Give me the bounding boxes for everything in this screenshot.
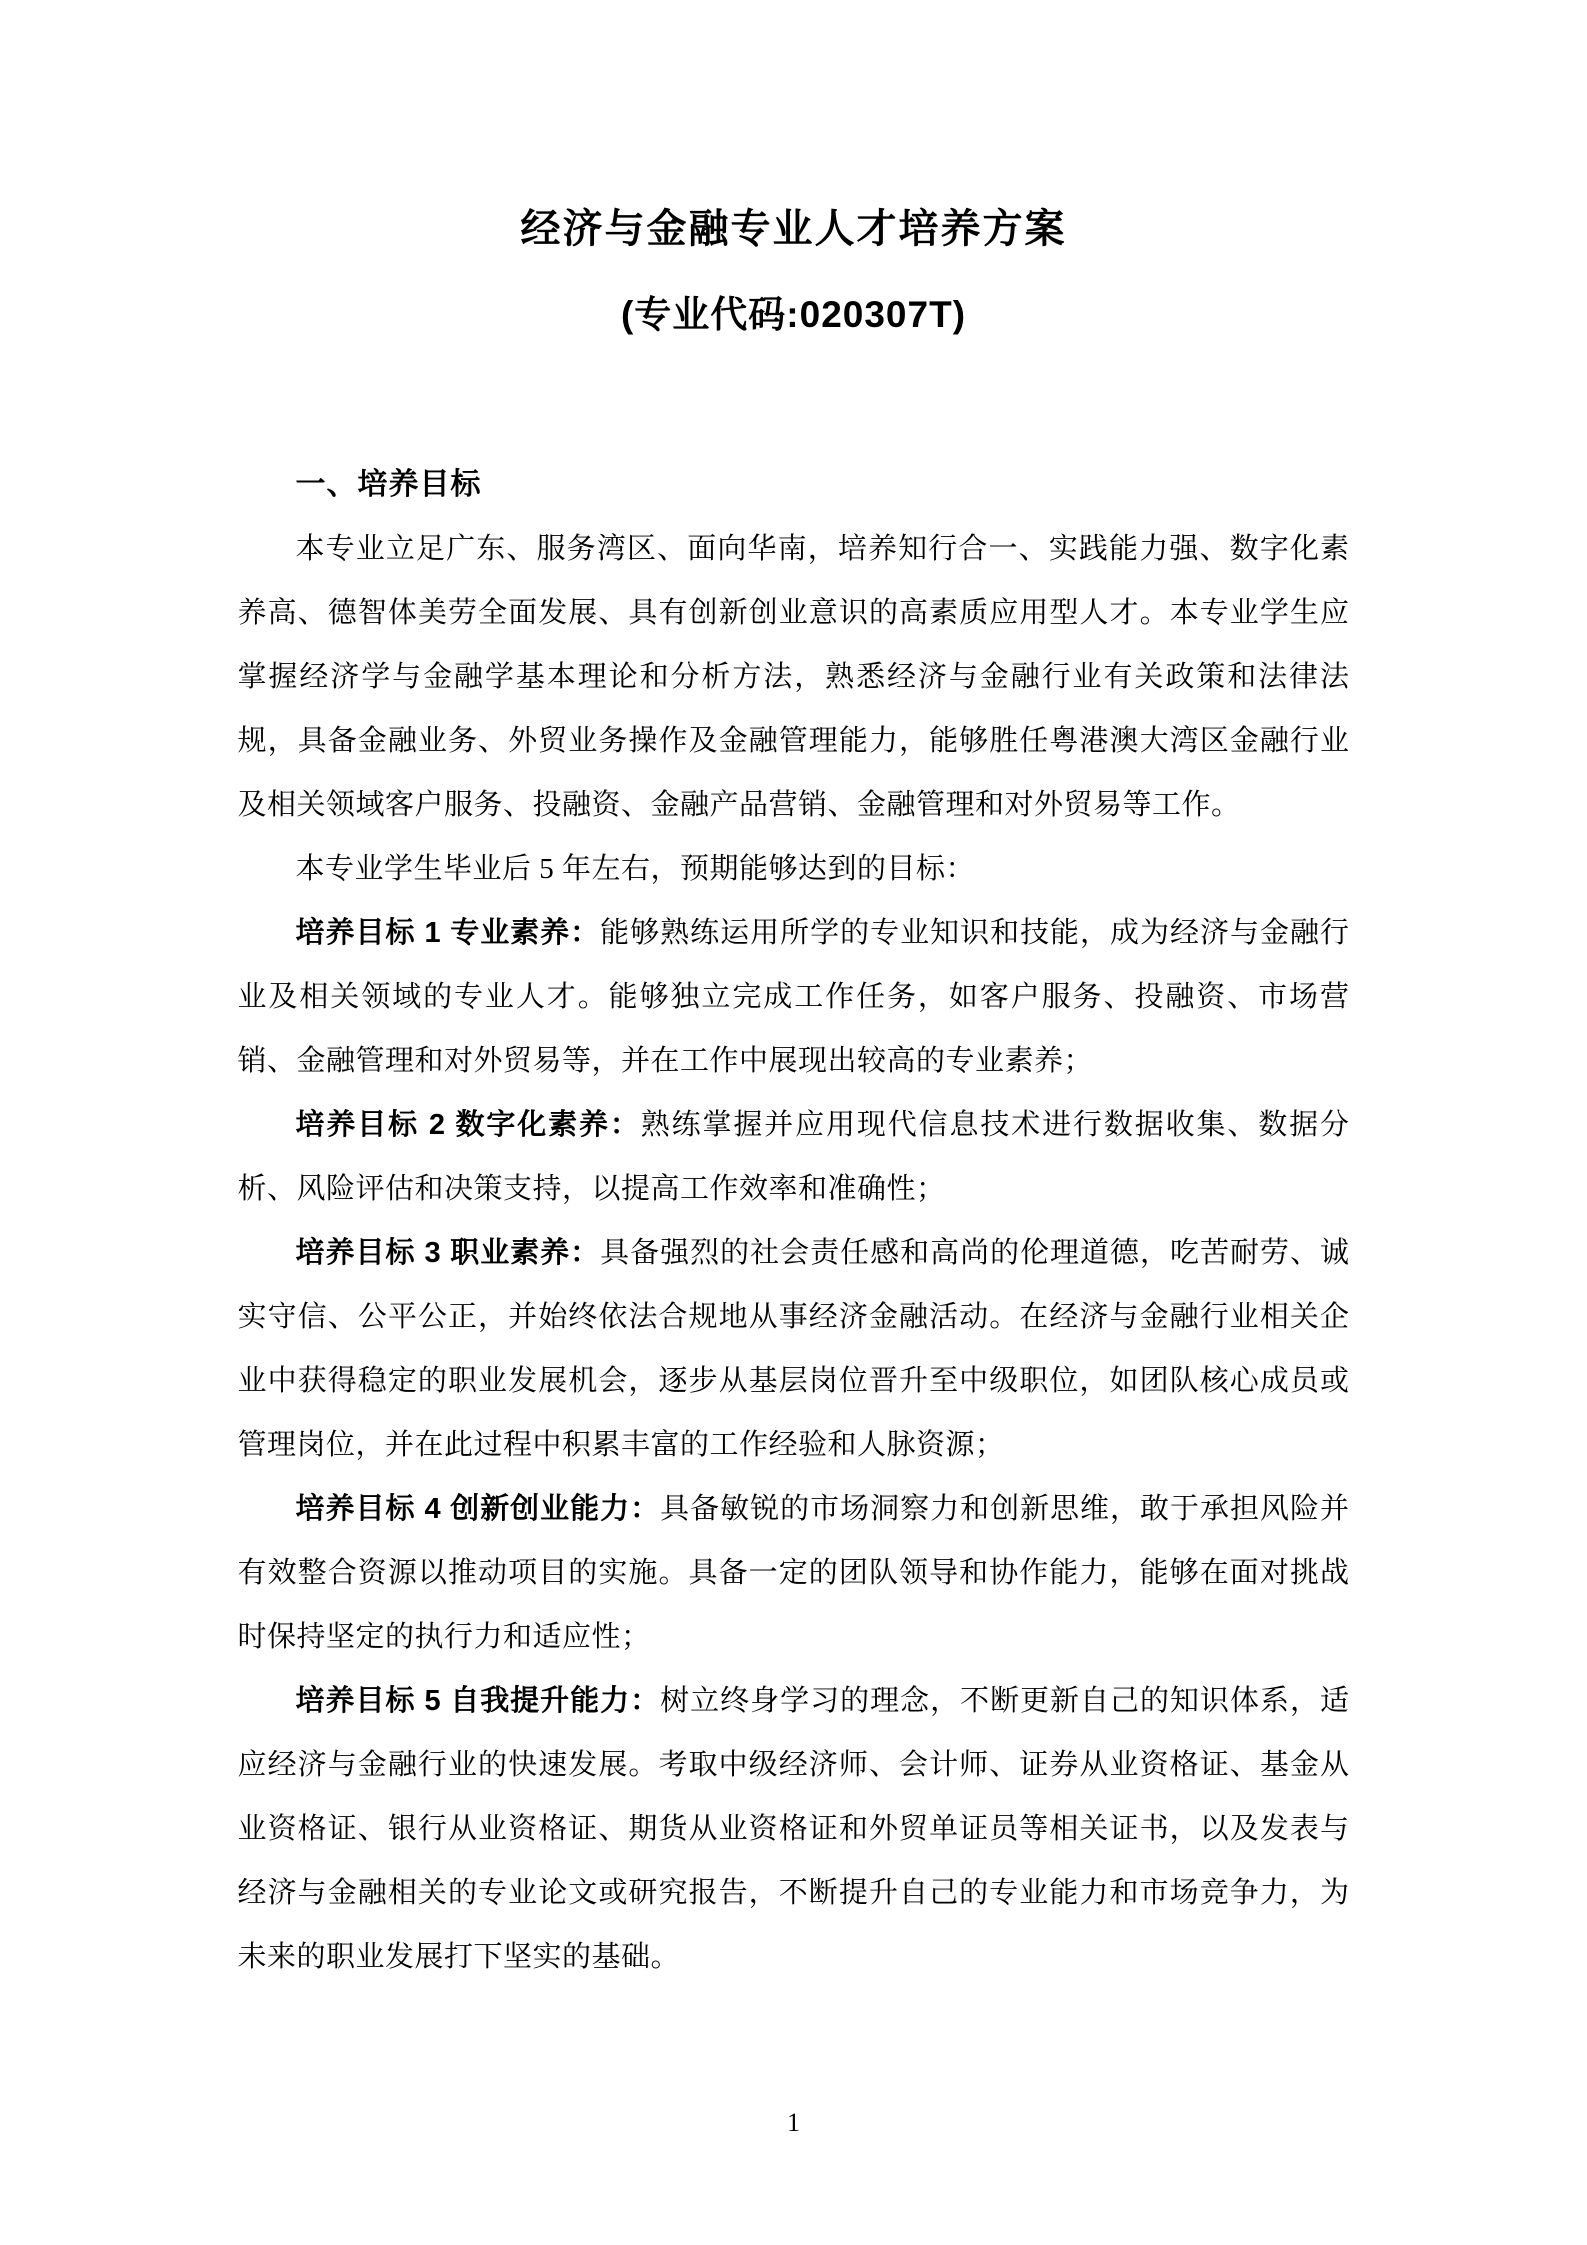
body-paragraph: 培养目标 2 数字化素养：熟练掌握并应用现代信息技术进行数据收集、数据分析、风险… [238,1093,1350,1221]
document-body: 一、培养目标 本专业立足广东、服务湾区、面向华南，培养知行合一、实践能力强、数字… [238,453,1350,1989]
paragraph-lead-objective-1: 培养目标 1 专业素养： [296,917,601,949]
section-heading-training-objectives: 一、培养目标 [238,453,1350,517]
paragraph-text: 本专业立足广东、服务湾区、面向华南，培养知行合一、实践能力强、数字化素养高、德智… [238,533,1350,821]
body-paragraph: 培养目标 5 自我提升能力：树立终身学习的理念，不断更新自己的知识体系，适应经济… [238,1669,1350,1989]
body-paragraph: 本专业立足广东、服务湾区、面向华南，培养知行合一、实践能力强、数字化素养高、德智… [238,517,1350,837]
paragraph-lead-objective-5: 培养目标 5 自我提升能力： [296,1685,661,1717]
document-title: 经济与金融专业人才培养方案 [0,0,1587,251]
page-number: 1 [0,2108,1587,2138]
body-paragraph: 本专业学生毕业后 5 年左右，预期能够达到的目标： [238,837,1350,901]
paragraph-text: 具备强烈的社会责任感和高尚的伦理道德，吃苦耐劳、诚实守信、公平公正，并始终依法合… [238,1237,1350,1461]
paragraph-lead-objective-3: 培养目标 3 职业素养： [296,1237,601,1269]
paragraph-text: 树立终身学习的理念，不断更新自己的知识体系，适应经济与金融行业的快速发展。考取中… [238,1685,1350,1973]
body-paragraph: 培养目标 4 创新创业能力：具备敏锐的市场洞察力和创新思维，敢于承担风险并有效整… [238,1477,1350,1669]
document-page: 经济与金融专业人才培养方案 (专业代码:020307T) 一、培养目标 本专业立… [0,0,1587,2245]
body-paragraph: 培养目标 3 职业素养：具备强烈的社会责任感和高尚的伦理道德，吃苦耐劳、诚实守信… [238,1221,1350,1477]
paragraph-lead-objective-4: 培养目标 4 创新创业能力： [296,1493,661,1525]
paragraph-text: 本专业学生毕业后 5 年左右，预期能够达到的目标： [296,853,976,885]
body-paragraph: 培养目标 1 专业素养：能够熟练运用所学的专业知识和技能，成为经济与金融行业及相… [238,901,1350,1093]
paragraph-lead-objective-2: 培养目标 2 数字化素养： [296,1109,641,1141]
document-subtitle-major-code: (专业代码:020307T) [0,251,1587,335]
